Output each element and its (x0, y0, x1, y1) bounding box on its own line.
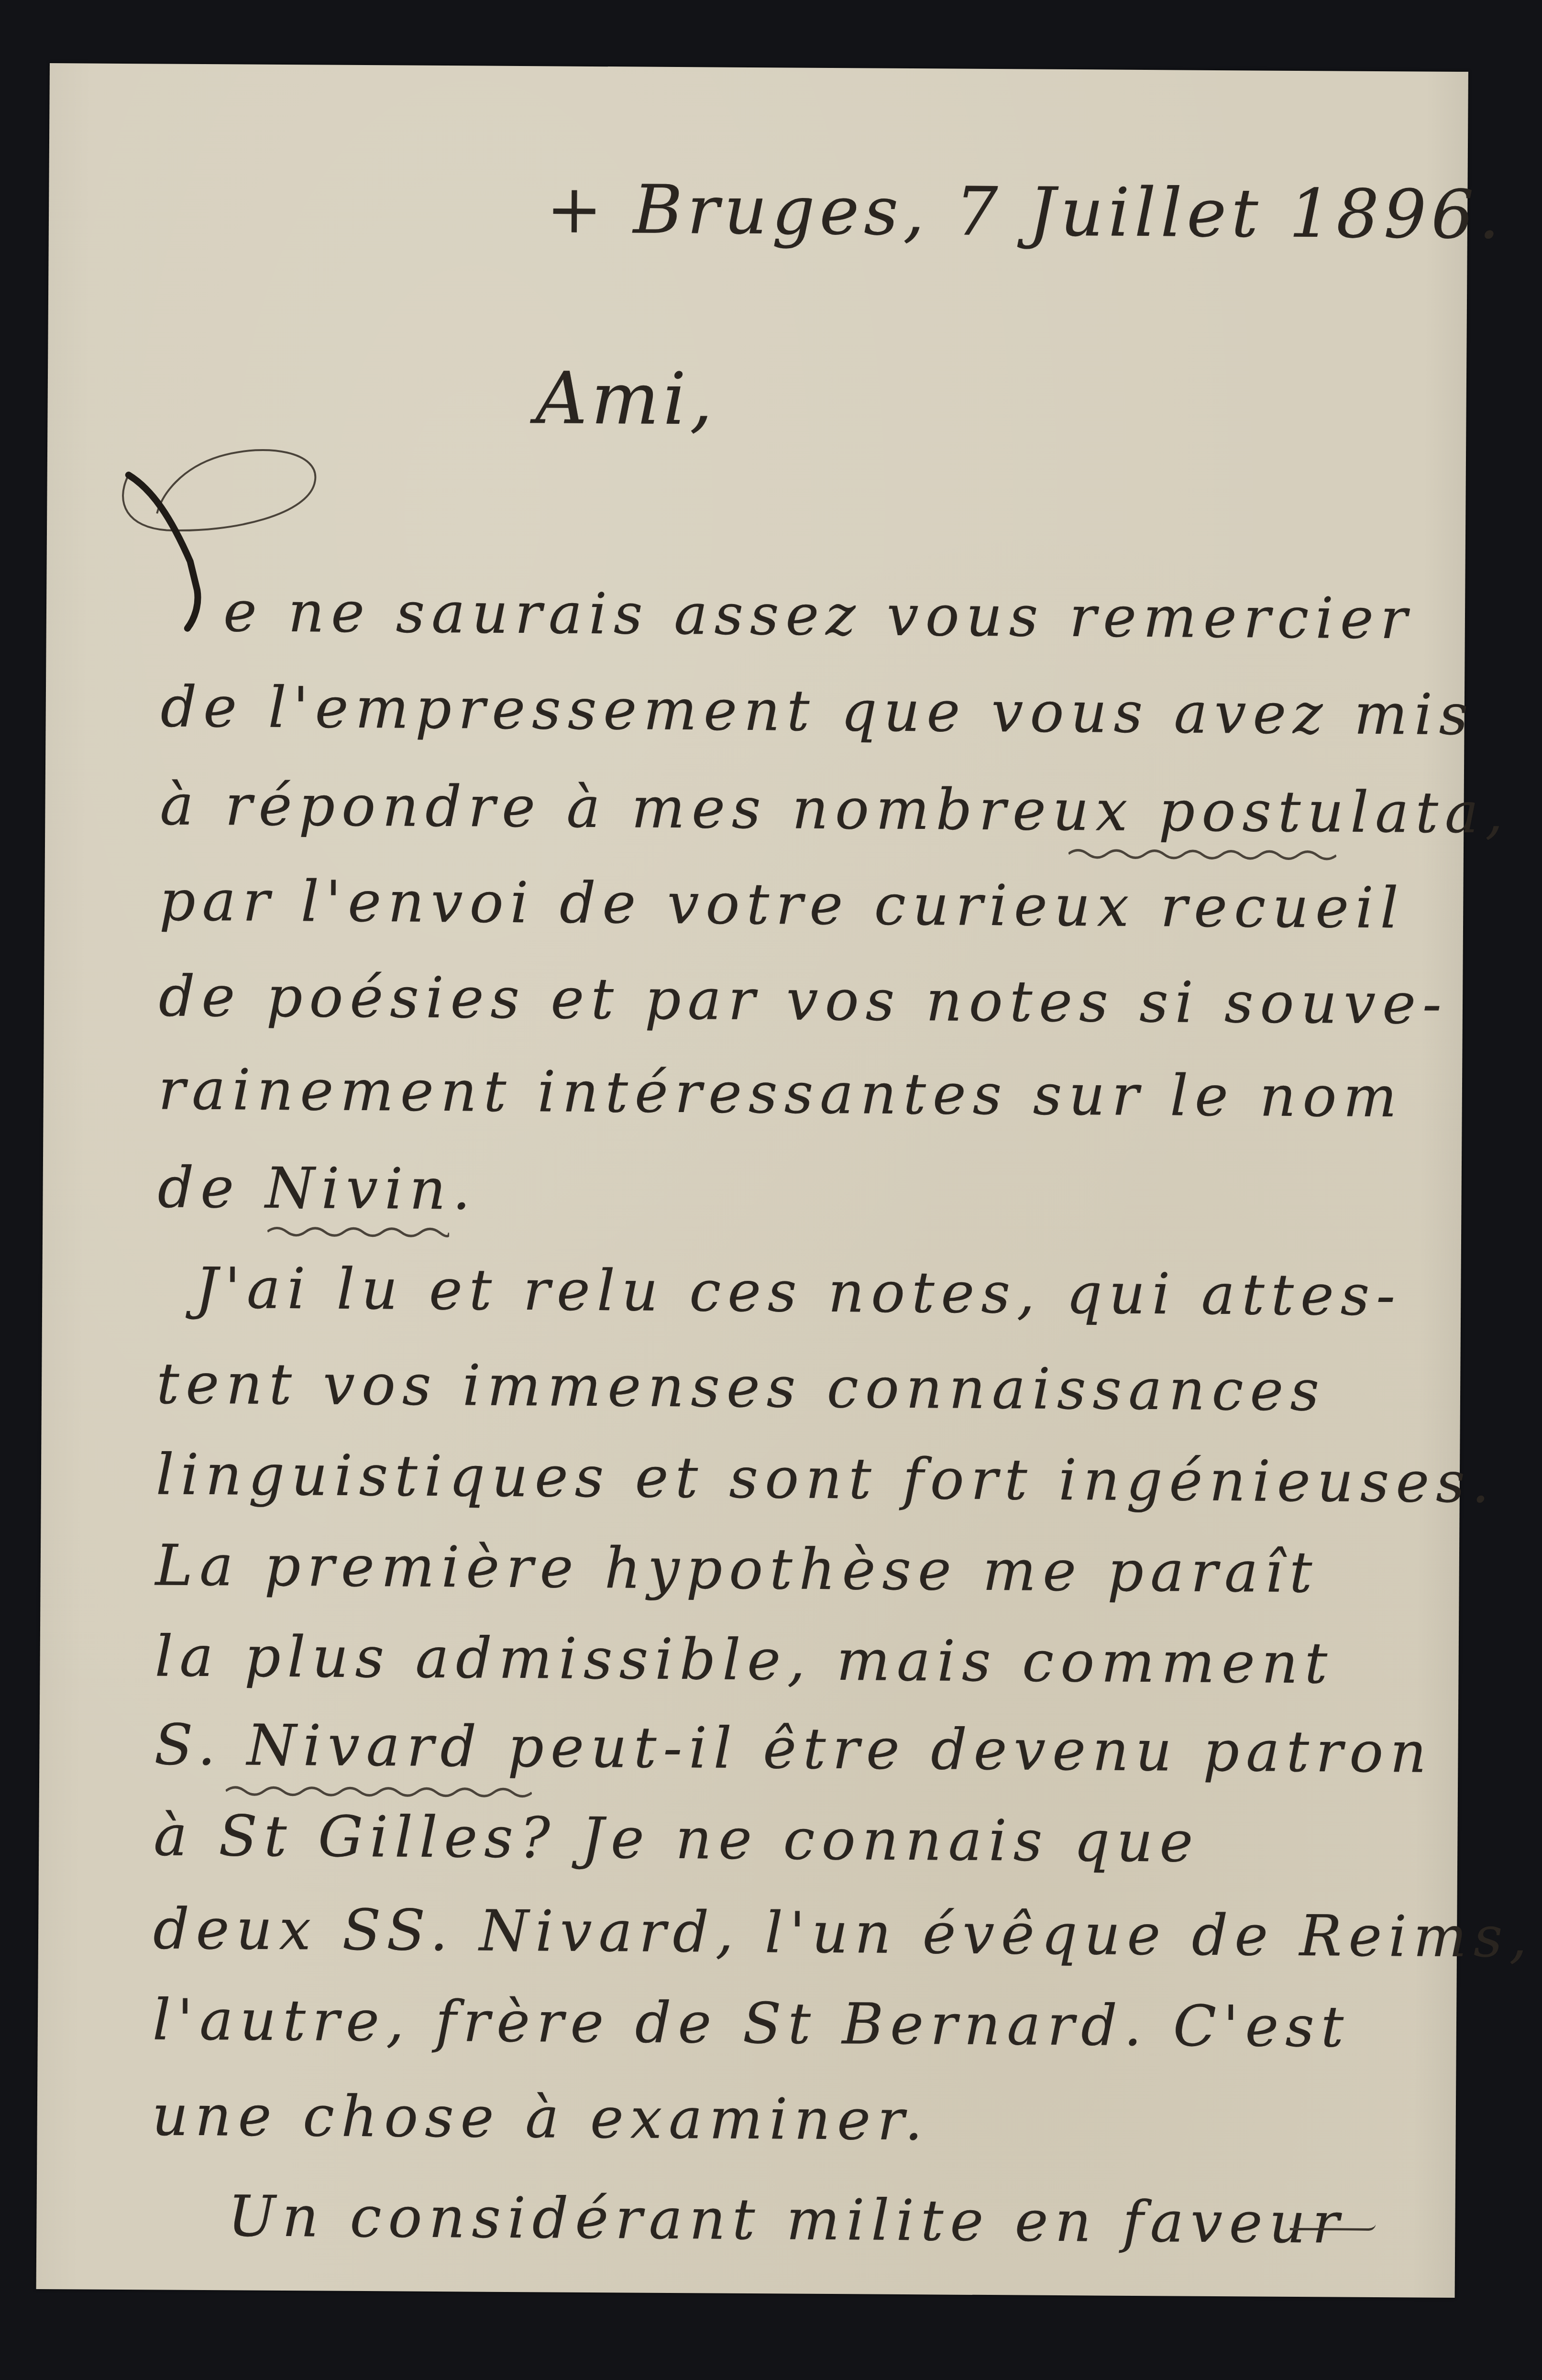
letter-line-9: tent vos immenses connaissances (156, 1355, 1326, 1419)
letter-line-18: Un considérant milite en faveur (228, 2188, 1346, 2251)
underline-s-nivard (226, 1781, 532, 1802)
letter-line-2: de l'empressement que vous avez mis (160, 678, 1475, 743)
letter-line-1: e ne saurais assez vous remercier (223, 583, 1414, 647)
letter-line-17: une chose à examiner. (152, 2087, 929, 2148)
letter-line-4: par l'envoi de votre curieux recueil (159, 872, 1405, 936)
salutation: Ami, (535, 363, 716, 435)
letter-line-11: La première hypothèse me paraît (155, 1537, 1319, 1600)
letter-line-3: à répondre à mes nombreux postulata, (160, 776, 1510, 841)
letter-line-15: deux SS. Nivard, l'un évêque de Reims, (153, 1900, 1534, 1965)
underline-postulata (1068, 844, 1336, 865)
letter-line-7: de Nivin. (157, 1159, 477, 1217)
letter-line-14: à St Gilles? Je ne connais que (154, 1807, 1200, 1870)
letter-line-16: l'autre, frère de St Bernard. C'est (153, 1991, 1351, 2055)
letter-line-13: S. Nivard peut-il être devenu patron (154, 1716, 1433, 1780)
letter-line-5: de poésies et par vos notes si souve- (159, 968, 1449, 1032)
letter-line-8: J'ai lu et relu ces notes, qui attes- (195, 1260, 1402, 1323)
letter-line-12: la plus admissible, mais comment (154, 1628, 1334, 1691)
letter-page: + Bruges, 7 Juillet 1896. Ami, e ne saur… (36, 63, 1468, 2298)
letter-line-6: rainement intéressantes sur le nom (158, 1061, 1404, 1125)
underline-nivin (267, 1222, 449, 1242)
line-end-flourish (1289, 2223, 1376, 2231)
dateline: + Bruges, 7 Juillet 1896. (546, 176, 1505, 249)
letter-line-10: linguistiques et sont fort ingénieuses. (156, 1446, 1497, 1510)
